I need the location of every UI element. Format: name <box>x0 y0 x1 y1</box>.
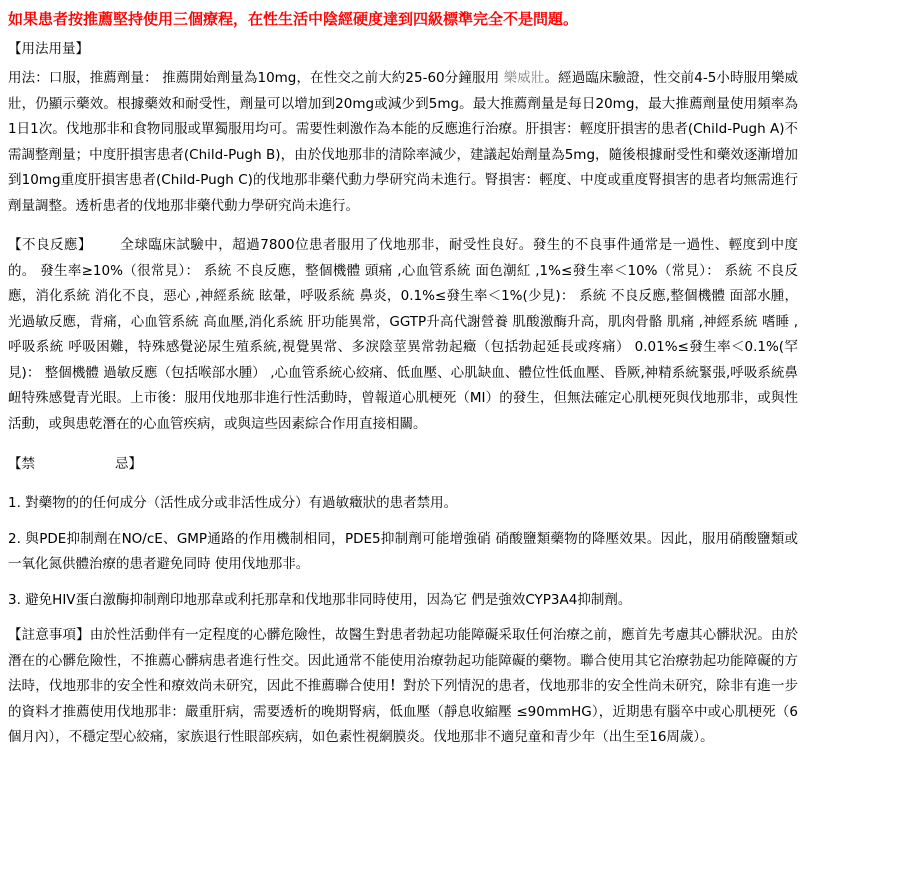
adverse-paragraph: 【不良反應】全球臨床試驗中，超過7800位患者服用了伐地那非，耐受性良好。發生的… <box>8 233 798 437</box>
precautions-paragraph: 【註意事項】由於性活動伴有一定程度的心髒危險性，故醫生對患者勃起功能障礙采取任何… <box>8 623 798 751</box>
usage-paragraph: 用法：口服，推薦劑量： 推薦開始劑量為10mg，在性交之前大約25-60分鐘服用… <box>8 66 798 219</box>
article: 如果患者按推薦堅持使用三個療程，在性生活中陰經硬度達到四級標準完全不是問題。 【… <box>0 0 798 751</box>
contraindications-heading: 【禁忌】 <box>8 451 798 477</box>
usage-text-after-link: 。經過臨床驗證，性交前4-5小時服用樂威壯，仍顯示藥效。根據藥效和耐受性，劑量可… <box>8 70 798 214</box>
contraindications-heading-right: 忌】 <box>115 456 142 472</box>
contraindication-item-2: 2. 與PDE抑制劑在NO/cE、GMP通路的作用機制相同，PDE5抑制劑可能增… <box>8 527 798 578</box>
levitra-link[interactable]: 樂威壯 <box>504 70 545 86</box>
usage-heading: 【用法用量】 <box>8 36 798 62</box>
precautions-exclamation: ！ <box>389 678 403 694</box>
contraindication-item-1: 1. 對藥物的的任何成分（活性成分或非活性成分）有過敏癥狀的患者禁用。 <box>8 491 798 517</box>
contraindication-item-3: 3. 避免HIV蛋白激酶抑制劑印地那韋或利托那韋和伐地那非同時使用，因為它 們是… <box>8 588 798 614</box>
contraindications-heading-left: 【禁 <box>8 456 35 472</box>
adverse-heading: 【不良反應】 <box>8 237 92 253</box>
headline: 如果患者按推薦堅持使用三個療程，在性生活中陰經硬度達到四級標準完全不是問題。 <box>8 6 798 32</box>
adverse-text: 全球臨床試驗中，超過7800位患者服用了伐地那非，耐受性良好。發生的不良事件通常… <box>8 237 798 432</box>
usage-text-before-link: 用法：口服，推薦劑量： 推薦開始劑量為10mg，在性交之前大約25-60分鐘服用 <box>8 70 504 86</box>
precautions-heading: 【註意事項】 <box>8 627 90 643</box>
